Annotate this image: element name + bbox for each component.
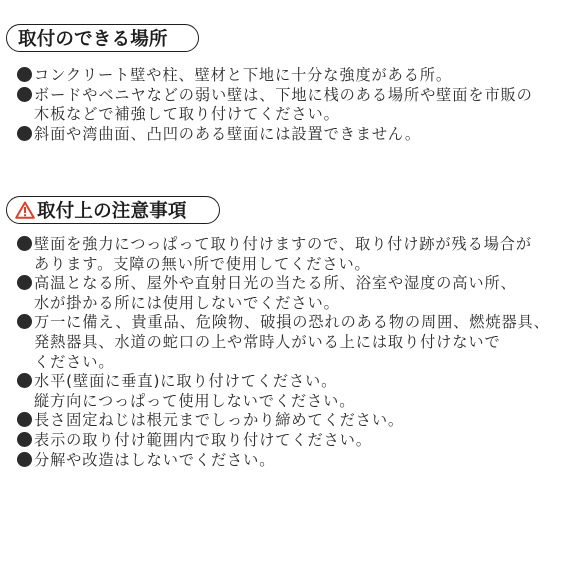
list-item-text: 斜面や湾曲面、凸凹のある壁面には設置できません。 <box>34 125 421 143</box>
list-item-text-continued: 縦方向につっぱって使用しないでください。 <box>17 392 550 412</box>
section-heading: 取付のできる場所 <box>6 24 199 52</box>
list-item: コンクリート壁や柱、壁材と下地に十分な強度がある所。 <box>17 66 533 86</box>
list-item: 表示の取り付け範囲内で取り付けてください。 <box>17 431 550 451</box>
list-item-text: 長さ固定ねじは根元までしっかり締めてください。 <box>34 411 404 429</box>
list-item: ボードやベニヤなどの弱い壁は、下地に桟のある場所や壁面を市販の 木板などで補強し… <box>17 86 533 125</box>
list-item-text-continued: ください。 <box>17 353 550 373</box>
list-item: 斜面や湾曲面、凸凹のある壁面には設置できません。 <box>17 125 533 145</box>
bullet-list: 壁面を強力につっぱって取り付けますので、取り付け跡が残る場合が あります。支障の… <box>17 235 550 470</box>
list-item-text: 高温となる所、屋外や直射日光の当たる所、浴室や湿度の高い所、 <box>34 274 517 292</box>
bullet-list: コンクリート壁や柱、壁材と下地に十分な強度がある所。 ボードやベニヤなどの弱い壁… <box>17 66 533 144</box>
bullet-icon <box>17 126 32 141</box>
bullet-icon <box>17 275 32 290</box>
bullet-icon <box>17 373 32 388</box>
section-heading-text: 取付上の注意事項 <box>37 197 187 223</box>
bullet-icon <box>17 87 32 102</box>
bullet-icon <box>17 67 32 82</box>
list-item-text: ボードやベニヤなどの弱い壁は、下地に桟のある場所や壁面を市販の <box>34 86 533 104</box>
list-item: 壁面を強力につっぱって取り付けますので、取り付け跡が残る場合が あります。支障の… <box>17 235 550 274</box>
warning-triangle-icon <box>15 201 35 219</box>
bullet-icon <box>17 412 32 427</box>
list-item-text-continued: 発熱器具、水道の蛇口の上や常時人がいる上には取り付けないで <box>17 333 550 353</box>
list-item-text: 万一に備え、貴重品、危険物、破損の恐れのある物の周囲、燃焼器具、 <box>34 313 550 331</box>
list-item-text: 分解や改造はしないでください。 <box>34 451 275 469</box>
bullet-icon <box>17 452 32 467</box>
list-item: 万一に備え、貴重品、危険物、破損の恐れのある物の周囲、燃焼器具、 発熱器具、水道… <box>17 313 550 372</box>
list-item: 長さ固定ねじは根元までしっかり締めてください。 <box>17 411 550 431</box>
list-item-text: 水平(壁面に垂直)に取り付けてください。 <box>34 372 337 390</box>
list-item-text-continued: 水が掛かる所には使用しないでください。 <box>17 294 550 314</box>
section-heading: 取付上の注意事項 <box>6 196 220 224</box>
list-item: 水平(壁面に垂直)に取り付けてください。 縦方向につっぱって使用しないでください… <box>17 372 550 411</box>
bullet-icon <box>17 432 32 447</box>
list-item-text: コンクリート壁や柱、壁材と下地に十分な強度がある所。 <box>34 66 452 84</box>
list-item-text: 表示の取り付け範囲内で取り付けてください。 <box>34 431 372 449</box>
list-item-text-continued: あります。支障の無い所で使用してください。 <box>17 255 550 275</box>
list-item: 高温となる所、屋外や直射日光の当たる所、浴室や湿度の高い所、 水が掛かる所には使… <box>17 274 550 313</box>
list-item: 分解や改造はしないでください。 <box>17 451 550 471</box>
section-heading-text: 取付のできる場所 <box>18 25 168 51</box>
list-item-text: 壁面を強力につっぱって取り付けますので、取り付け跡が残る場合が <box>34 235 532 253</box>
bullet-icon <box>17 314 32 329</box>
list-item-text-continued: 木板などで補強して取り付けてください。 <box>17 105 533 125</box>
bullet-icon <box>17 236 32 251</box>
